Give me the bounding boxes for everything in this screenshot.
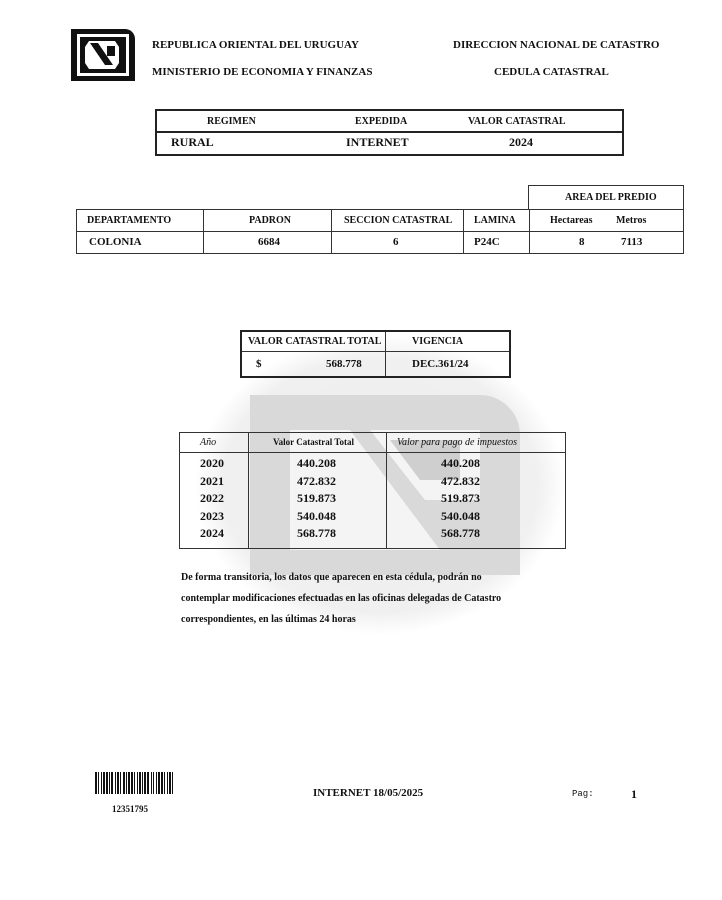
history-total: 440.208 (297, 456, 336, 471)
history-table: Año Valor Catastral Total Valor para pag… (179, 432, 566, 549)
note-line-1: De forma transitoria, los datos que apar… (181, 567, 501, 588)
page-label: Pag: (572, 789, 594, 799)
value-metros: 7113 (621, 236, 642, 248)
header-valor-total: VALOR CATASTRAL TOTAL (248, 336, 381, 347)
note-line-3: correspondientes, en las últimas 24 hora… (181, 609, 501, 630)
header-vigencia: VIGENCIA (412, 336, 463, 347)
header-expedida: EXPEDIDA (355, 116, 407, 127)
header-metros: Metros (616, 215, 646, 226)
history-tax: 519.873 (441, 491, 480, 506)
note-line-2: contemplar modificaciones efectuadas en … (181, 588, 501, 609)
value-lamina: P24C (474, 236, 500, 248)
page-number: 1 (631, 787, 637, 802)
history-year: 2023 (200, 509, 224, 524)
history-tax: 440.208 (441, 456, 480, 471)
area-title: AREA DEL PREDIO (565, 192, 657, 203)
header-anio: Año (200, 437, 216, 448)
history-tax: 472.832 (441, 474, 480, 489)
ministry-name: MINISTERIO DE ECONOMIA Y FINANZAS (152, 66, 372, 78)
issued-date: INTERNET 18/05/2025 (313, 787, 423, 799)
history-total: 540.048 (297, 509, 336, 524)
summary-table: REGIMEN EXPEDIDA VALOR CATASTRAL RURAL I… (155, 109, 624, 156)
value-regimen: RURAL (171, 135, 214, 150)
barcode-number: 12351795 (112, 804, 148, 814)
currency-symbol: $ (256, 358, 262, 370)
valuation-table: VALOR CATASTRAL TOTAL VIGENCIA $ 568.778… (240, 330, 511, 378)
history-year: 2022 (200, 491, 224, 506)
history-year: 2024 (200, 526, 224, 541)
header-valor-catastral-total: Valor Catastral Total (273, 437, 354, 447)
history-year: 2021 (200, 474, 224, 489)
history-total: 472.832 (297, 474, 336, 489)
dnc-logo-icon (71, 29, 135, 81)
value-valor-total: 568.778 (326, 358, 362, 370)
area-header: AREA DEL PREDIO (528, 185, 684, 210)
history-tax: 568.778 (441, 526, 480, 541)
header-departamento: DEPARTAMENTO (87, 215, 171, 226)
country-name: REPUBLICA ORIENTAL DEL URUGUAY (152, 39, 359, 51)
barcode-icon (95, 772, 221, 794)
header-valor-catastral: VALOR CATASTRAL (468, 116, 566, 127)
header-seccion: SECCION CATASTRAL (344, 215, 452, 226)
header-hectareas: Hectareas (550, 215, 593, 226)
document-title: CEDULA CATASTRAL (494, 66, 609, 78)
history-year: 2020 (200, 456, 224, 471)
header-padron: PADRON (249, 215, 291, 226)
header-lamina: LAMINA (474, 215, 516, 226)
value-hectareas: 8 (579, 236, 585, 248)
value-expedida: INTERNET (346, 135, 409, 150)
property-table: DEPARTAMENTO PADRON SECCION CATASTRAL LA… (76, 209, 684, 254)
value-valor-catastral-year: 2024 (509, 135, 533, 150)
history-total: 568.778 (297, 526, 336, 541)
header-regimen: REGIMEN (207, 116, 256, 127)
value-seccion: 6 (393, 236, 399, 248)
history-total: 519.873 (297, 491, 336, 506)
value-padron: 6684 (258, 236, 280, 248)
agency-name: DIRECCION NACIONAL DE CATASTRO (453, 39, 659, 51)
history-tax: 540.048 (441, 509, 480, 524)
header-valor-impuestos: Valor para pago de impuestos (397, 437, 517, 448)
value-departamento: COLONIA (89, 236, 142, 248)
disclaimer-note: De forma transitoria, los datos que apar… (181, 567, 501, 630)
value-vigencia: DEC.361/24 (412, 358, 469, 370)
